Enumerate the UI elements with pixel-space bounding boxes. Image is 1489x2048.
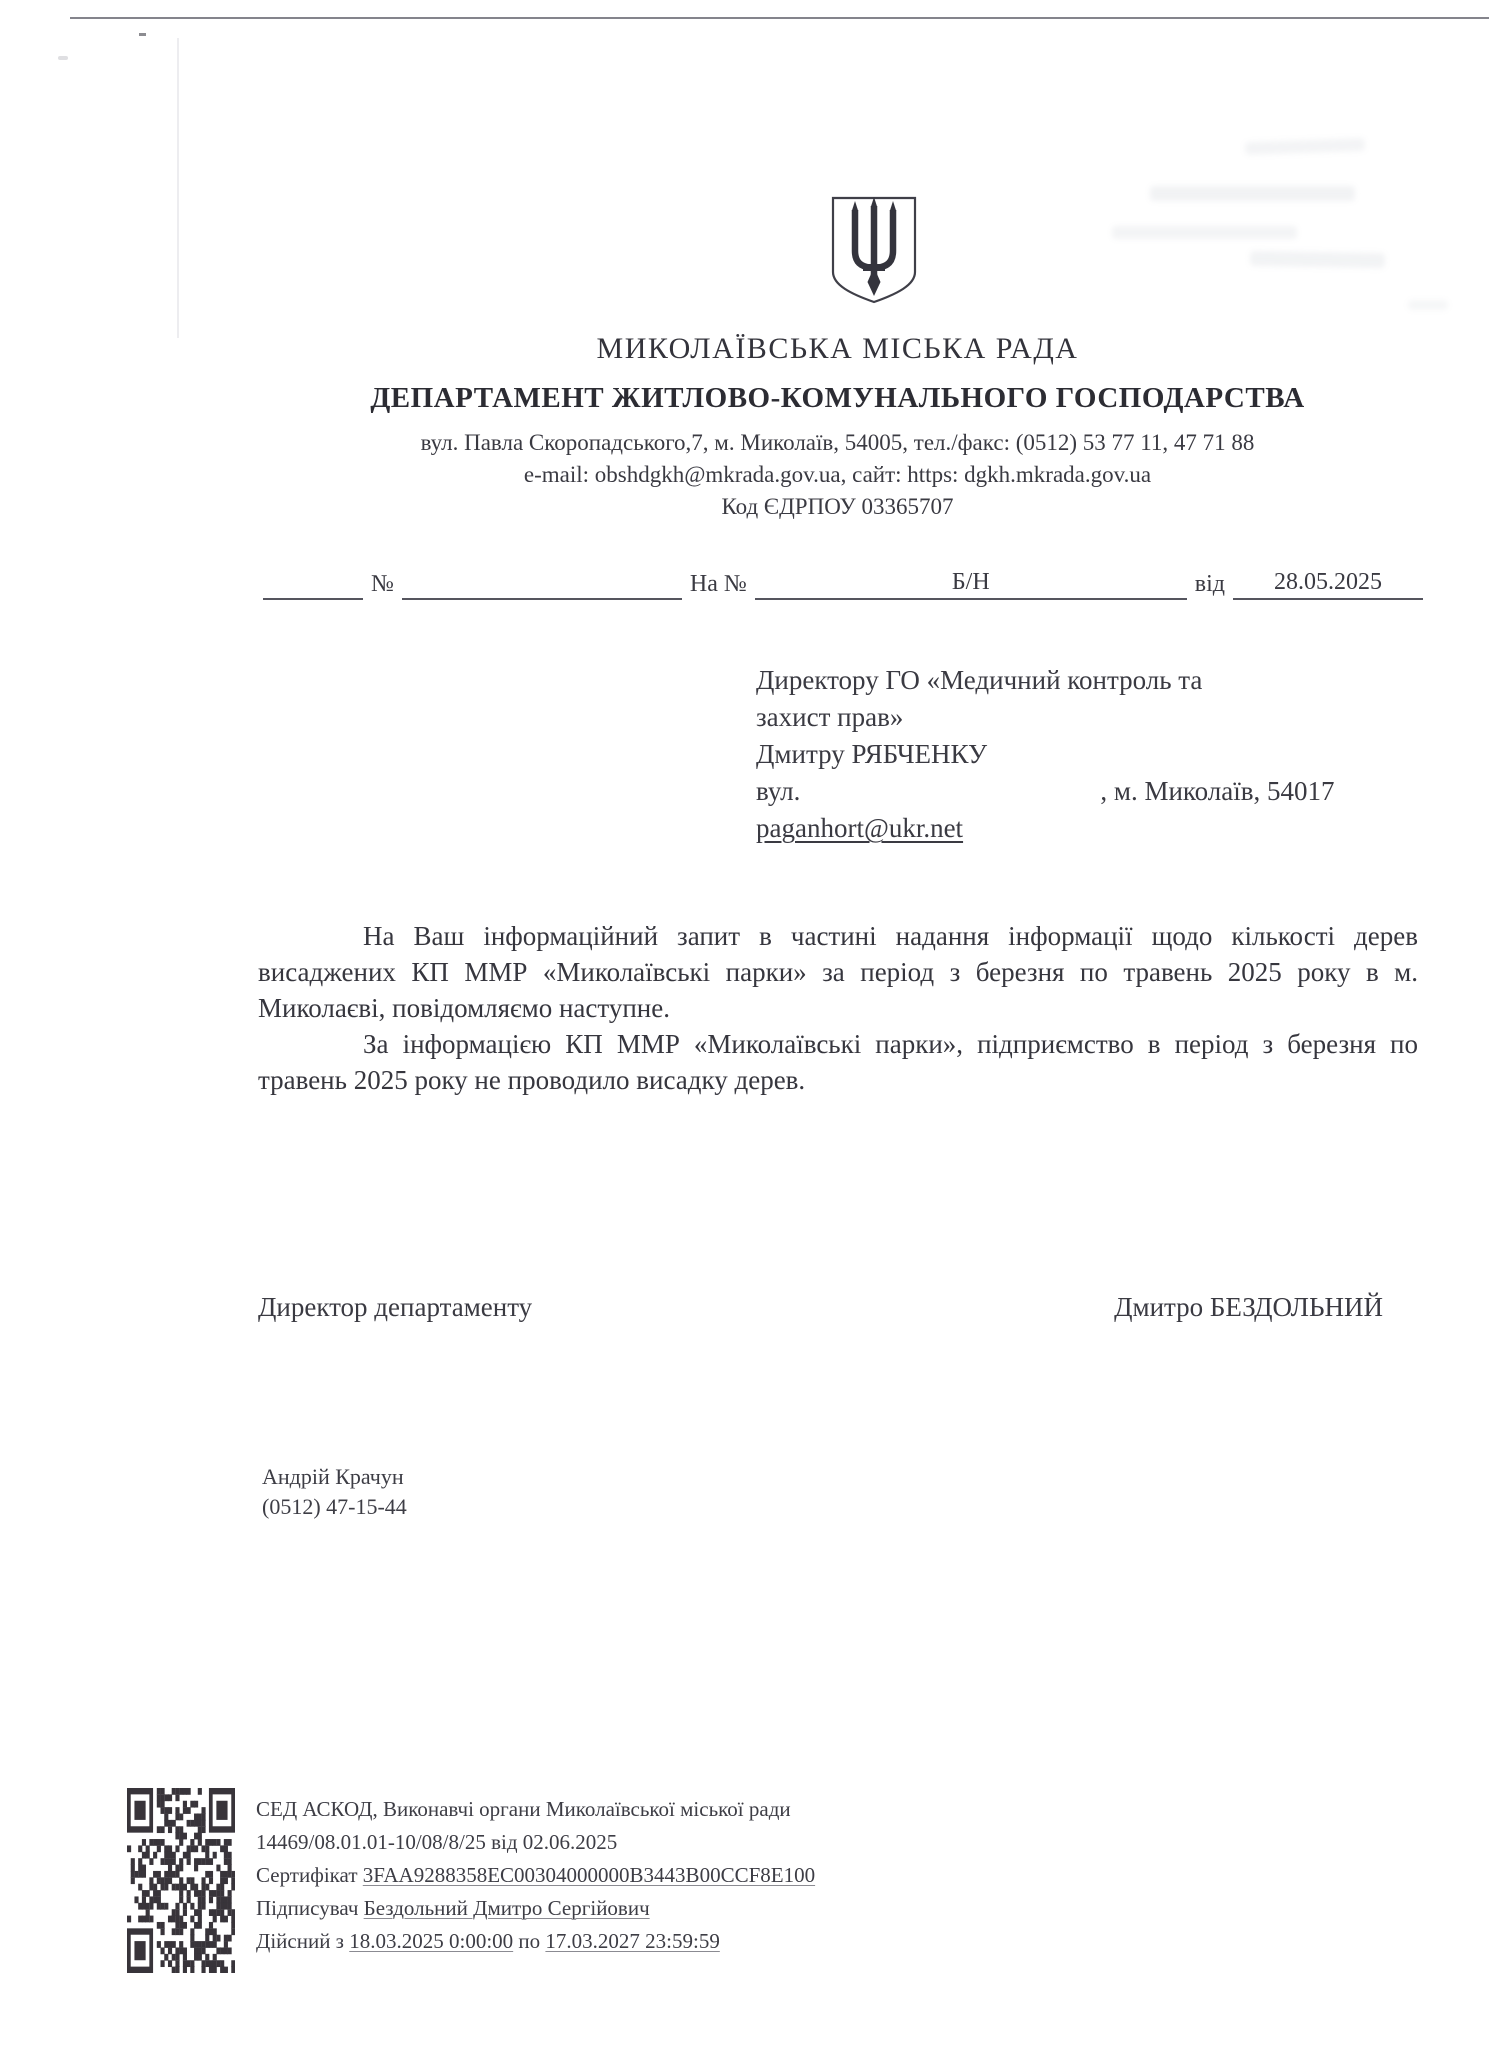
outgoing-number-blank [263,564,363,600]
signer-label: Підписувач [256,1896,364,1920]
incoming-number-value: Б/Н [952,569,990,598]
sed-system-line: СЕД АСКОД, Виконавчі органи Миколаївсько… [256,1793,815,1826]
recipient-block: Директору ГО «Медичний контроль та захис… [756,662,1416,847]
valid-to-date: 17.03.2027 23:59:59 [545,1929,719,1953]
scan-ghosting [1250,251,1385,268]
scan-ghosting [1112,226,1297,239]
scan-edge-line [70,17,1489,19]
body-paragraph-2: За інформацією КП ММР «Миколаївські парк… [258,1026,1418,1098]
date-line: 28.05.2025 [1233,564,1423,600]
stamp-signer-name: Бездольний Дмитро Сергійович [364,1896,650,1920]
incoming-number-line: Б/Н [755,564,1187,600]
registration-number-line: 14469/08.01.01-10/08/8/25 від 02.06.2025 [256,1826,815,1859]
edrpou-code-line: Код ЄДРПОУ 03365707 [235,493,1440,520]
body-paragraph-1: На Ваш інформаційний запит в частині над… [258,918,1418,1026]
validity-joiner: по [513,1929,545,1953]
scan-fold-line [177,38,179,338]
recipient-address-line: вул. , м. Миколаїв, 54017 [756,773,1416,810]
email-website-line: e-mail: obshdgkh@mkrada.gov.ua, сайт: ht… [235,461,1440,488]
number-label: № [363,571,402,600]
signature-row: Директор департаменту Дмитро БЕЗДОЛЬНИЙ [258,1292,1383,1323]
redacted-address-gap [800,773,1100,810]
letter-date: 28.05.2025 [1274,569,1382,598]
qr-code-icon [127,1788,235,1973]
scan-ghosting [1408,300,1448,310]
executor-name: Андрій Крачун [262,1462,407,1492]
digital-signature-stamp: СЕД АСКОД, Виконавчі органи Миколаївсько… [127,1788,815,1973]
validity-line: Дійсний з 18.03.2025 0:00:00 по 17.03.20… [256,1925,815,1958]
certificate-number: 3FAA9288358EC00304000000B3443B00CCF8E100 [363,1863,815,1887]
stamp-text-block: СЕД АСКОД, Виконавчі органи Миколаївсько… [256,1788,815,1973]
letterhead: МИКОЛАЇВСЬКА МІСЬКА РАДА ДЕПАРТАМЕНТ ЖИТ… [235,332,1440,520]
certificate-line: Сертифікат 3FAA9288358EC00304000000B3443… [256,1859,815,1892]
reply-to-number-label: На № [682,571,755,600]
certificate-label: Сертифікат [256,1863,363,1887]
valid-from-date: 18.03.2025 0:00:00 [349,1929,513,1953]
signer-name: Дмитро БЕЗДОЛЬНИЙ [1114,1292,1383,1323]
address-line: вул. Павла Скоропадського,7, м. Миколаїв… [235,429,1440,456]
organization-name: МИКОЛАЇВСЬКА МІСЬКА РАДА [235,332,1440,366]
recipient-email: paganhort@ukr.net [756,810,1416,847]
scanned-letter-page: МИКОЛАЇВСЬКА МІСЬКА РАДА ДЕПАРТАМЕНТ ЖИТ… [0,0,1489,2048]
city-postal: , м. Миколаїв, 54017 [1100,773,1334,810]
scan-ghosting [1150,186,1355,201]
date-label: від [1187,571,1233,600]
outgoing-number-line [402,564,682,600]
ukraine-trident-emblem-icon [828,194,920,306]
street-label: вул. [756,773,800,810]
recipient-line: захист прав» [756,699,1416,736]
executor-block: Андрій Крачун (0512) 47-15-44 [262,1462,407,1522]
reference-row: № На № Б/Н від 28.05.2025 [263,560,1423,600]
signer-position: Директор департаменту [258,1292,532,1323]
recipient-name: Дмитру РЯБЧЕНКУ [756,736,1416,773]
letter-body: На Ваш інформаційний запит в частині над… [258,918,1418,1098]
validity-label: Дійсний з [256,1929,349,1953]
executor-phone: (0512) 47-15-44 [262,1492,407,1522]
recipient-line: Директору ГО «Медичний контроль та [756,662,1416,699]
scan-ghosting [1245,138,1365,155]
department-name: ДЕПАРТАМЕНТ ЖИТЛОВО-КОМУНАЛЬНОГО ГОСПОДА… [235,382,1440,415]
scan-speck [139,33,146,36]
scan-speck [58,56,68,60]
signer-line: Підписувач Бездольний Дмитро Сергійович [256,1892,815,1925]
